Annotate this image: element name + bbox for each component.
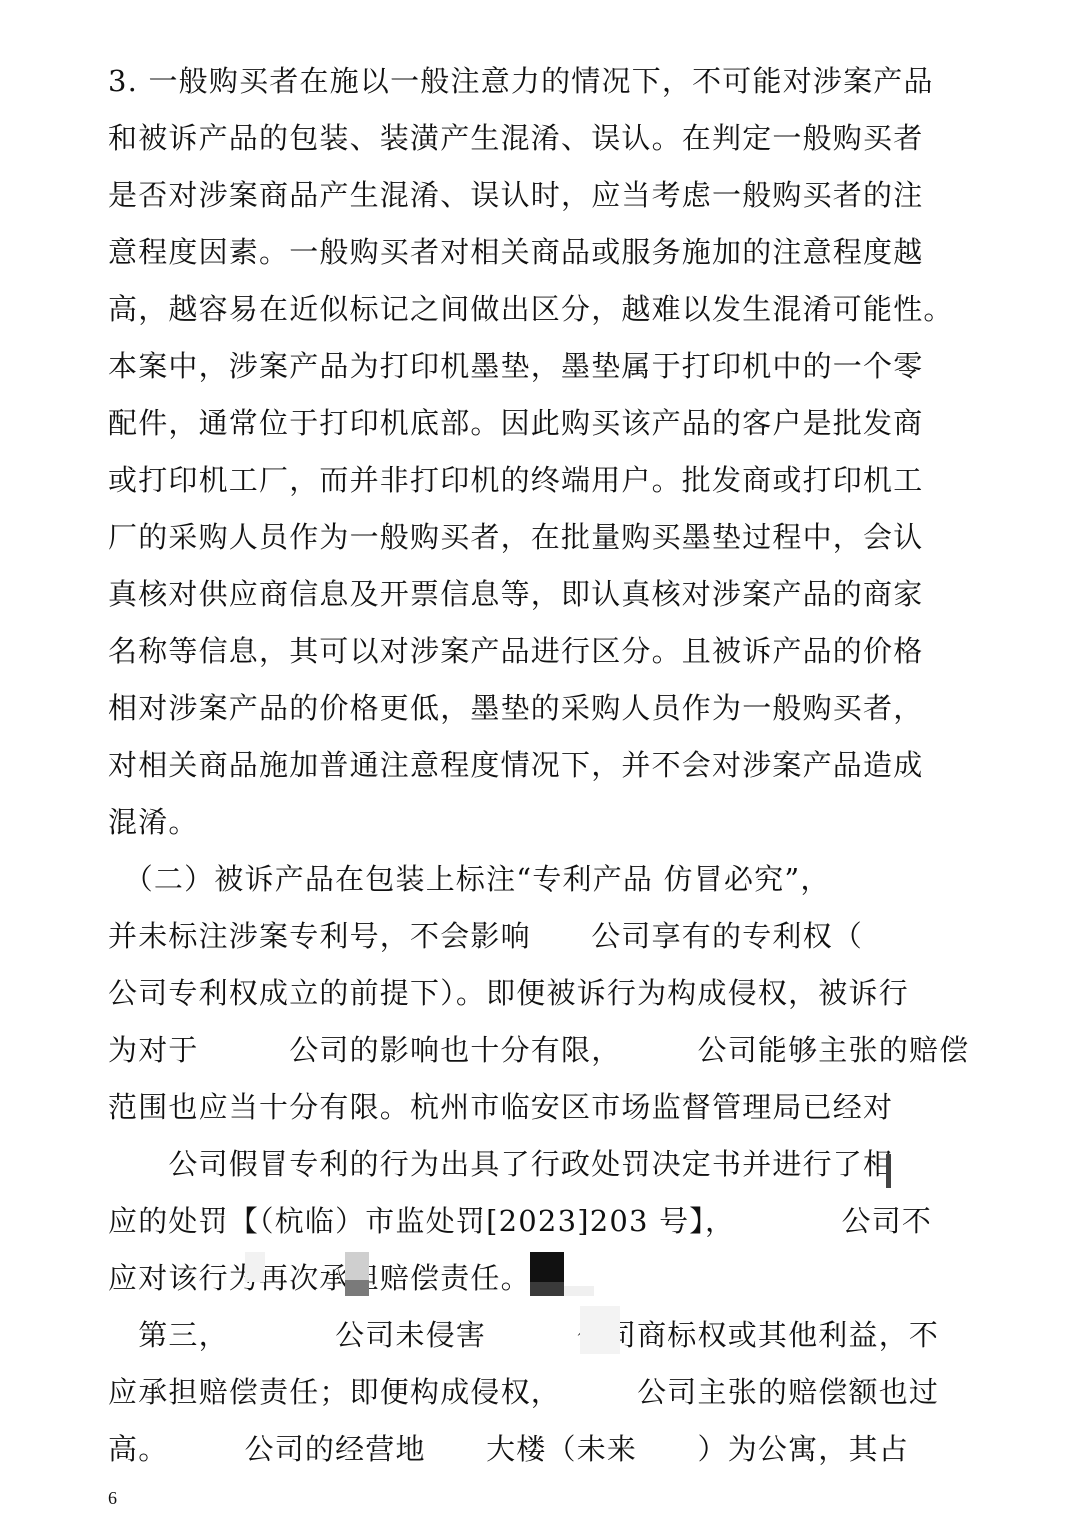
text-line: 高。 公司的经营地 大楼（未来 ）为公寓，其占 — [108, 1429, 992, 1469]
text-line: 相对涉案产品的价格更低，墨垫的采购人员作为一般购买者， — [108, 688, 992, 728]
text-line: 为对于 公司的影响也十分有限， 公司能够主张的赔偿 — [108, 1030, 992, 1070]
text-line: 应的处罚【（杭临）市监处罚[2023]203 号】， 公司不 — [108, 1201, 992, 1241]
redaction-mark — [886, 1154, 891, 1188]
redaction-block — [530, 1252, 564, 1282]
text-line: 混淆。 — [108, 802, 992, 842]
text-line: 是否对涉案商品产生混淆、误认时，应当考虑一般购买者的注 — [108, 175, 992, 215]
text-line: 对相关商品施加普通注意程度情况下，并不会对涉案产品造成 — [108, 745, 992, 785]
redaction-block — [245, 1252, 265, 1282]
text-line: 厂的采购人员作为一般购买者，在批量购买墨垫过程中，会认 — [108, 517, 992, 557]
text-line: 第三， 公司未侵害 公司商标权或其他利益，不 — [108, 1315, 992, 1355]
text-line: 3. 一般购买者在施以一般注意力的情况下，不可能对涉案产品 — [108, 61, 992, 101]
text-line: 高，越容易在近似标记之间做出区分，越难以发生混淆可能性。 — [108, 289, 992, 329]
text-line: 范围也应当十分有限。杭州市临安区市场监督管理局已经对 — [108, 1087, 992, 1127]
text-line: 配件，通常位于打印机底部。因此购买该产品的客户是批发商 — [108, 403, 992, 443]
text-line: 公司假冒专利的行为出具了行政处罚决定书并进行了相 — [108, 1144, 992, 1184]
text-line: 应承担赔偿责任；即便构成侵权， 公司主张的赔偿额也过 — [108, 1372, 992, 1412]
text-line: （二）被诉产品在包装上标注“专利产品 仿冒必究”， — [108, 859, 992, 899]
text-line: 和被诉产品的包装、装潢产生混淆、误认。在判定一般购买者 — [108, 118, 992, 158]
text-line: 公司专利权成立的前提下）。即便被诉行为构成侵权，被诉行 — [108, 973, 992, 1013]
document-page: 3. 一般购买者在施以一般注意力的情况下，不可能对涉案产品 和被诉产品的包装、装… — [0, 0, 1074, 1519]
text-line: 并未标注涉案专利号，不会影响 公司享有的专利权（ — [108, 916, 992, 956]
redaction-block — [530, 1282, 564, 1296]
redaction-block — [345, 1280, 369, 1296]
text-line: 本案中，涉案产品为打印机墨垫，墨垫属于打印机中的一个零 — [108, 346, 992, 386]
text-line: 或打印机工厂，而并非打印机的终端用户。批发商或打印机工 — [108, 460, 992, 500]
page-number: 6 — [108, 1488, 117, 1509]
text-line: 名称等信息，其可以对涉案产品进行区分。且被诉产品的价格 — [108, 631, 992, 671]
text-line: 意程度因素。一般购买者对相关商品或服务施加的注意程度越 — [108, 232, 992, 272]
text-line: 真核对供应商信息及开票信息等，即认真核对涉案产品的商家 — [108, 574, 992, 614]
redaction-block — [564, 1286, 594, 1296]
redaction-block — [345, 1252, 369, 1280]
redaction-block — [580, 1306, 620, 1354]
